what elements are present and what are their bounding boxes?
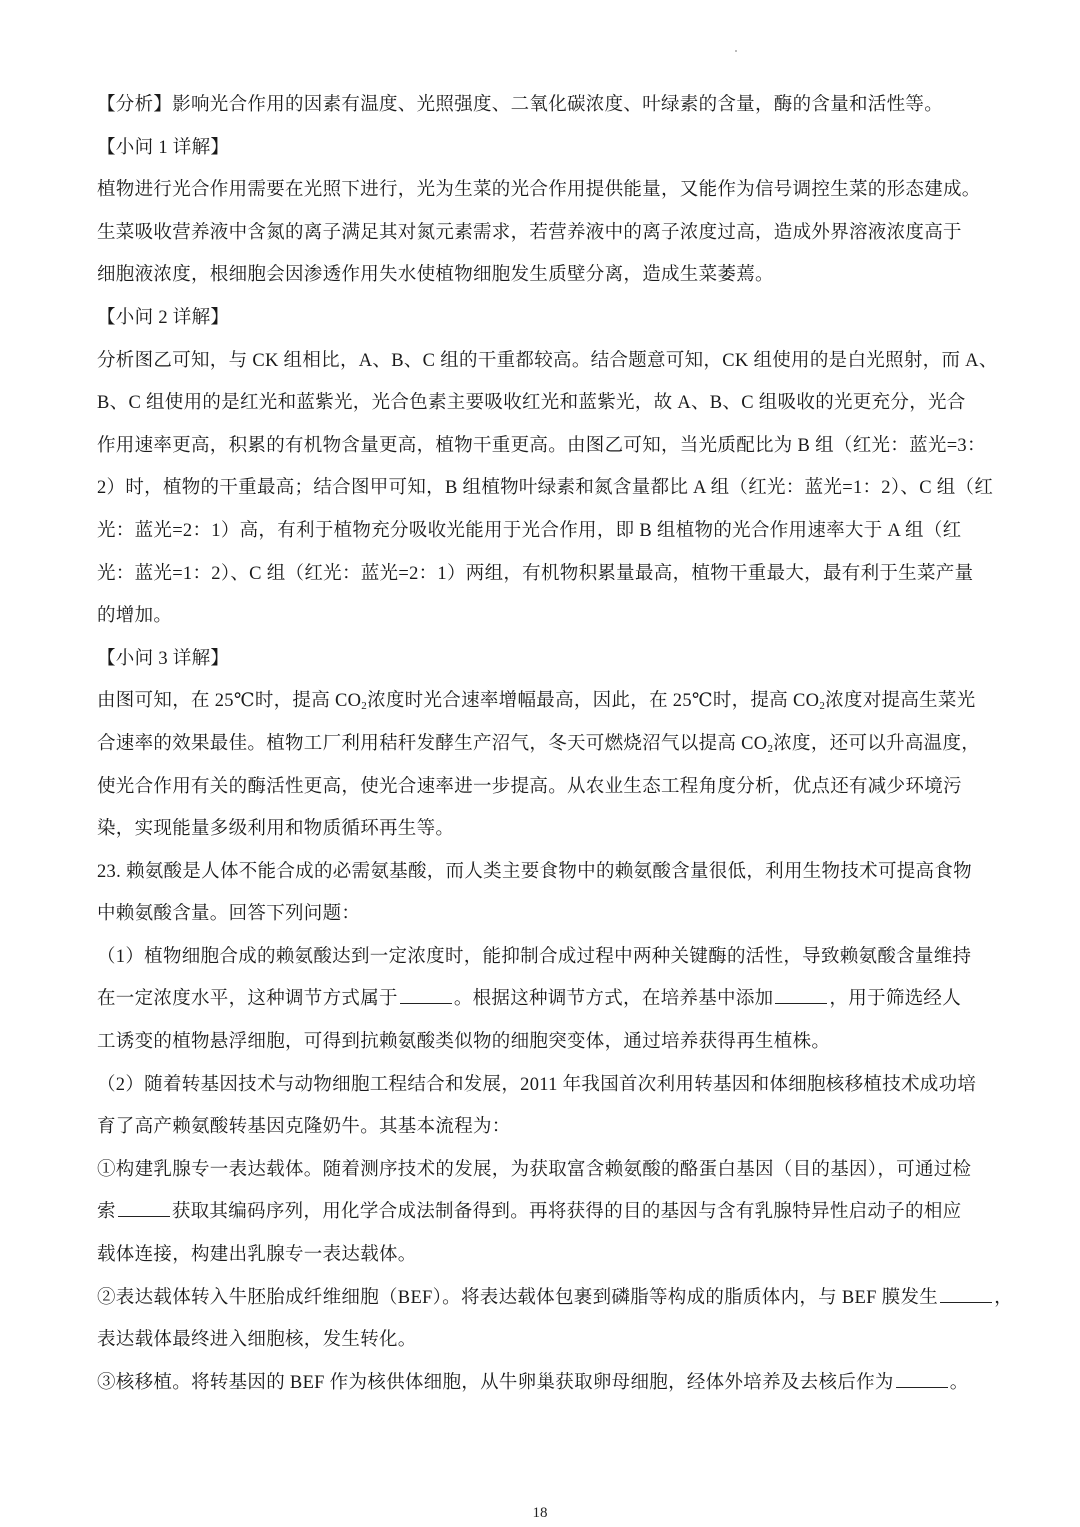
sub-question-2-text: 光：蓝光=2：1）高，有利于植物充分吸收光能用于光合作用，即 B 组植物的光合作… bbox=[97, 510, 983, 553]
part-1-text: （1）植物细胞合成的赖氨酸达到一定浓度时，能抑制合成过程中两种关键酶的活性，导致… bbox=[97, 936, 983, 979]
step-3-text: ③核移植。将转基因的 BEF 作为核供体细胞，从牛卵巢获取卵母细胞，经体外培养及… bbox=[97, 1362, 983, 1405]
sub-question-1-text: 细胞液浓度，根细胞会因渗透作用失水使植物细胞发生质壁分离，造成生菜萎蔫。 bbox=[97, 254, 983, 297]
text-span: 浓度时光合速率增幅最高，因此，在 25℃时，提高 CO bbox=[367, 691, 819, 711]
text-span: ， bbox=[994, 1288, 1013, 1308]
text-span: 。根据这种调节方式，在培养基中添加 bbox=[454, 989, 774, 1009]
sub-question-1-text: 生菜吸收营养液中含氮的离子满足其对氮元素需求，若营养液中的离子浓度过高，造成外界… bbox=[97, 212, 983, 255]
document-body: 【分析】影响光合作用的因素有温度、光照强度、二氧化碳浓度、叶绿素的含量，酶的含量… bbox=[97, 84, 983, 1404]
answer-blank bbox=[118, 1198, 170, 1217]
answer-blank bbox=[400, 985, 452, 1004]
sub-question-2-heading: 【小问 2 详解】 bbox=[97, 297, 983, 340]
text-span: ，用于筛选经人 bbox=[829, 989, 961, 1009]
answer-blank bbox=[775, 985, 827, 1004]
sub-question-2-text: B、C 组使用的是红光和蓝紫光，光合色素主要吸收红光和蓝紫光，故 A、B、C 组… bbox=[97, 382, 983, 425]
text-span: 合速率的效果最佳。植物工厂利用秸秆发酵生产沼气，冬天可燃烧沼气以提高 CO bbox=[97, 734, 767, 754]
sub-question-2-text: 的增加。 bbox=[97, 595, 983, 638]
text-span: 。 bbox=[950, 1373, 969, 1393]
sub-question-3-text: 合速率的效果最佳。植物工厂利用秸秆发酵生产沼气，冬天可燃烧沼气以提高 CO2浓度… bbox=[97, 723, 983, 766]
text-span: ②表达载体转入牛胚胎成纤维细胞（BEF）。将表达载体包裹到磷脂等构成的脂质体内，… bbox=[97, 1288, 938, 1308]
question-23-stem: 中赖氨酸含量。回答下列问题： bbox=[97, 893, 983, 936]
part-2-text: 育了高产赖氨酸转基因克隆奶牛。其基本流程为： bbox=[97, 1106, 983, 1149]
text-span: 在一定浓度水平，这种调节方式属于 bbox=[97, 989, 398, 1009]
text-span: 索 bbox=[97, 1202, 116, 1222]
page-number: 18 bbox=[0, 1505, 1080, 1522]
question-23-stem: 23. 赖氨酸是人体不能合成的必需氨基酸，而人类主要食物中的赖氨酸含量很低，利用… bbox=[97, 851, 983, 894]
sub-question-2-text: 2）时，植物的干重最高；结合图甲可知，B 组植物叶绿素和氮含量都比 A 组（红光… bbox=[97, 467, 983, 510]
step-1-text: 载体连接，构建出乳腺专一表达载体。 bbox=[97, 1234, 983, 1277]
step-1-text: 索获取其编码序列，用化学合成法制备得到。再将获得的目的基因与含有乳腺特异性启动子… bbox=[97, 1191, 983, 1234]
text-span: 浓度对提高生菜光 bbox=[825, 691, 975, 711]
sub-question-2-text: 作用速率更高，积累的有机物含量更高，植物干重更高。由图乙可知，当光质配比为 B … bbox=[97, 425, 983, 468]
step-2-text: ②表达载体转入牛胚胎成纤维细胞（BEF）。将表达载体包裹到磷脂等构成的脂质体内，… bbox=[97, 1277, 983, 1320]
text-span: 由图可知，在 25℃时，提高 CO bbox=[97, 691, 361, 711]
answer-blank bbox=[940, 1284, 992, 1303]
sub-question-3-text: 染，实现能量多级利用和物质循环再生等。 bbox=[97, 808, 983, 851]
text-span: 获取其编码序列，用化学合成法制备得到。再将获得的目的基因与含有乳腺特异性启动子的… bbox=[172, 1202, 962, 1222]
sub-question-3-text: 由图可知，在 25℃时，提高 CO2浓度时光合速率增幅最高，因此，在 25℃时，… bbox=[97, 680, 983, 723]
part-1-text: 在一定浓度水平，这种调节方式属于。根据这种调节方式，在培养基中添加，用于筛选经人 bbox=[97, 978, 983, 1021]
step-1-text: ①构建乳腺专一表达载体。随着测序技术的发展，为获取富含赖氨酸的酪蛋白基因（目的基… bbox=[97, 1149, 983, 1192]
text-span: 浓度，还可以升高温度， bbox=[773, 734, 980, 754]
part-1-text: 工诱变的植物悬浮细胞，可得到抗赖氨酸类似物的细胞突变体，通过培养获得再生植株。 bbox=[97, 1021, 983, 1064]
sub-question-1-heading: 【小问 1 详解】 bbox=[97, 127, 983, 170]
part-2-text: （2）随着转基因技术与动物细胞工程结合和发展，2011 年我国首次利用转基因和体… bbox=[97, 1064, 983, 1107]
sub-question-3-text: 使光合作用有关的酶活性更高，使光合速率进一步提高。从农业生态工程角度分析，优点还… bbox=[97, 766, 983, 809]
text-span: ③核移植。将转基因的 BEF 作为核供体细胞，从牛卵巢获取卵母细胞，经体外培养及… bbox=[97, 1373, 894, 1393]
sub-question-2-text: 光：蓝光=1：2）、C 组（红光：蓝光=2：1）两组，有机物积累量最高，植物干重… bbox=[97, 553, 983, 596]
sub-question-1-text: 植物进行光合作用需要在光照下进行，光为生菜的光合作用提供能量，又能作为信号调控生… bbox=[97, 169, 983, 212]
scan-speck bbox=[735, 50, 737, 52]
answer-blank bbox=[896, 1369, 948, 1388]
step-2-text: 表达载体最终进入细胞核，发生转化。 bbox=[97, 1319, 983, 1362]
analysis-paragraph: 【分析】影响光合作用的因素有温度、光照强度、二氧化碳浓度、叶绿素的含量，酶的含量… bbox=[97, 84, 983, 127]
sub-question-2-text: 分析图乙可知，与 CK 组相比，A、B、C 组的干重都较高。结合题意可知，CK … bbox=[97, 340, 983, 383]
sub-question-3-heading: 【小问 3 详解】 bbox=[97, 638, 983, 681]
